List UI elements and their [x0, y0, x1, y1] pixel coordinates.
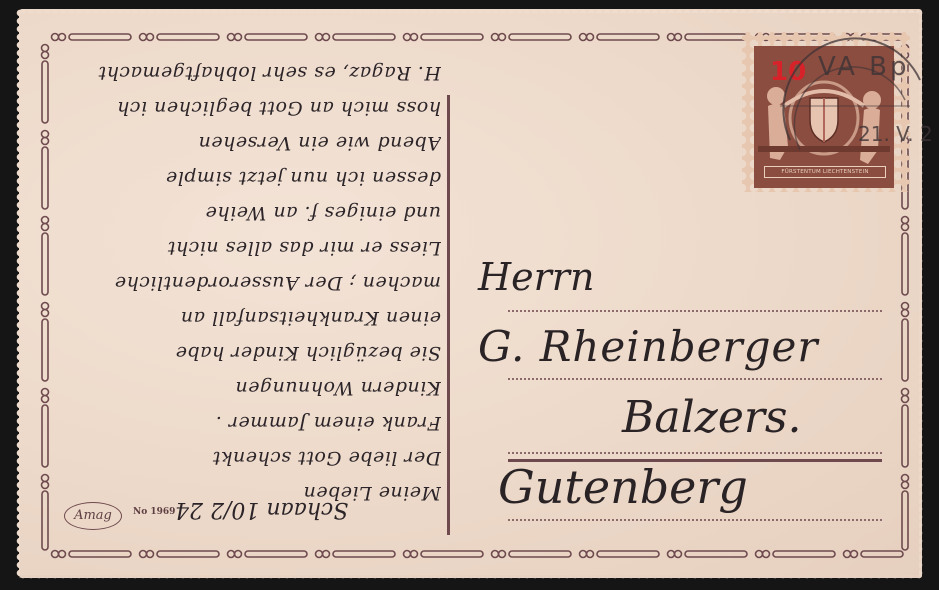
- postmark-circle: [0, 0, 939, 590]
- postmark-date: 21. V. 2: [858, 122, 933, 146]
- postmark-text: VA Bp: [818, 52, 910, 82]
